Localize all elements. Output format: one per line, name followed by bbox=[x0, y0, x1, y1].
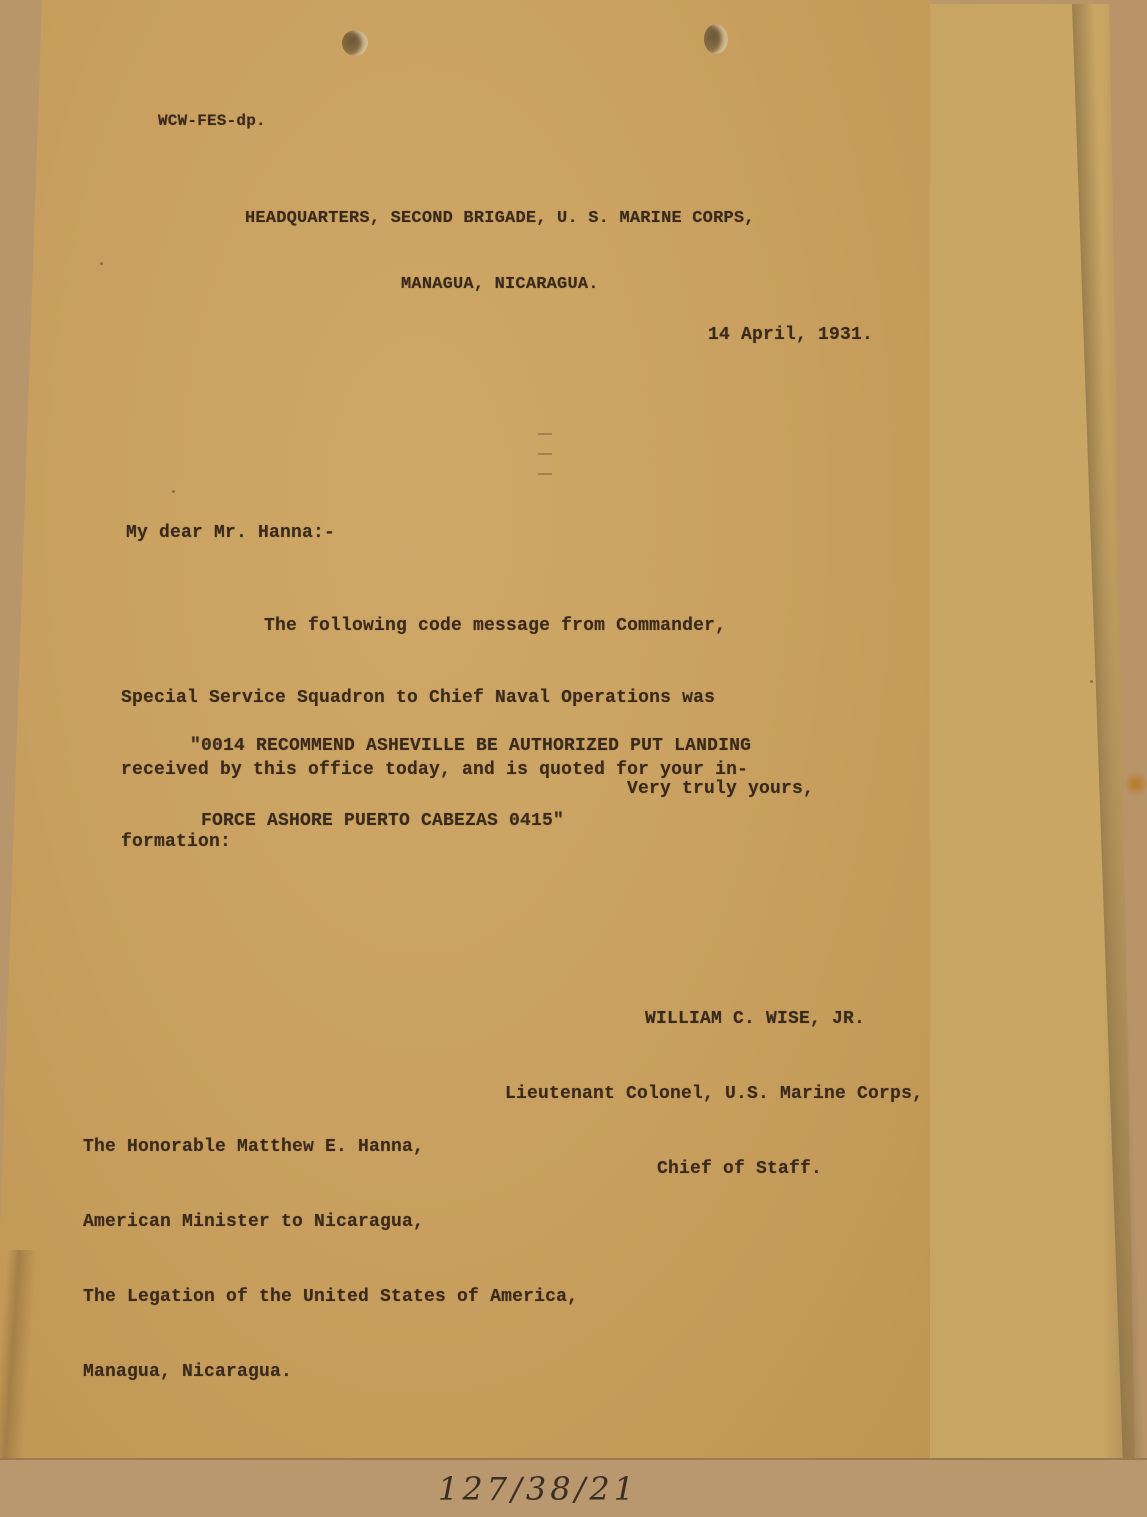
closing: Very truly yours, bbox=[627, 779, 814, 799]
quoted-message: "0014 RECOMMEND ASHEVILLE BE AUTHORIZED … bbox=[190, 684, 751, 859]
paper-speck bbox=[100, 262, 103, 265]
archival-number: 127/38/21 bbox=[438, 1470, 638, 1508]
recipient-line: The Legation of the United States of Ame… bbox=[83, 1285, 578, 1310]
faint-mark bbox=[538, 433, 552, 435]
letterhead: HEADQUARTERS, SECOND BRIGADE, U. S. MARI… bbox=[245, 164, 755, 318]
punch-hole-icon bbox=[342, 30, 368, 56]
reference-code: WCW-FES-dp. bbox=[158, 112, 266, 130]
letterhead-line-2: MANAGUA, NICARAGUA. bbox=[245, 274, 755, 296]
quote-line: "0014 RECOMMEND ASHEVILLE BE AUTHORIZED … bbox=[190, 734, 751, 759]
signatory-name: WILLIAM C. WISE, JR. bbox=[505, 1007, 923, 1032]
punch-hole-icon bbox=[704, 24, 728, 54]
recipient-address: The Honorable Matthew E. Hanna, American… bbox=[83, 1085, 578, 1410]
salutation: My dear Mr. Hanna:- bbox=[126, 523, 335, 543]
recipient-line: Managua, Nicaragua. bbox=[83, 1360, 578, 1385]
quote-line: FORCE ASHORE PUERTO CABEZAS 0415" bbox=[190, 809, 751, 834]
paper-stain bbox=[1125, 770, 1147, 798]
faint-mark bbox=[538, 473, 552, 475]
recipient-line: American Minister to Nicaragua, bbox=[83, 1210, 578, 1235]
faint-mark bbox=[538, 453, 552, 455]
faint-marks bbox=[538, 433, 552, 493]
paper-speck bbox=[1090, 680, 1093, 683]
letterhead-line-1: HEADQUARTERS, SECOND BRIGADE, U. S. MARI… bbox=[245, 208, 755, 230]
paper-speck bbox=[172, 490, 175, 493]
body-line: The following code message from Commande… bbox=[121, 614, 748, 638]
letter-date: 14 April, 1931. bbox=[708, 325, 873, 345]
recipient-line: The Honorable Matthew E. Hanna, bbox=[83, 1135, 578, 1160]
